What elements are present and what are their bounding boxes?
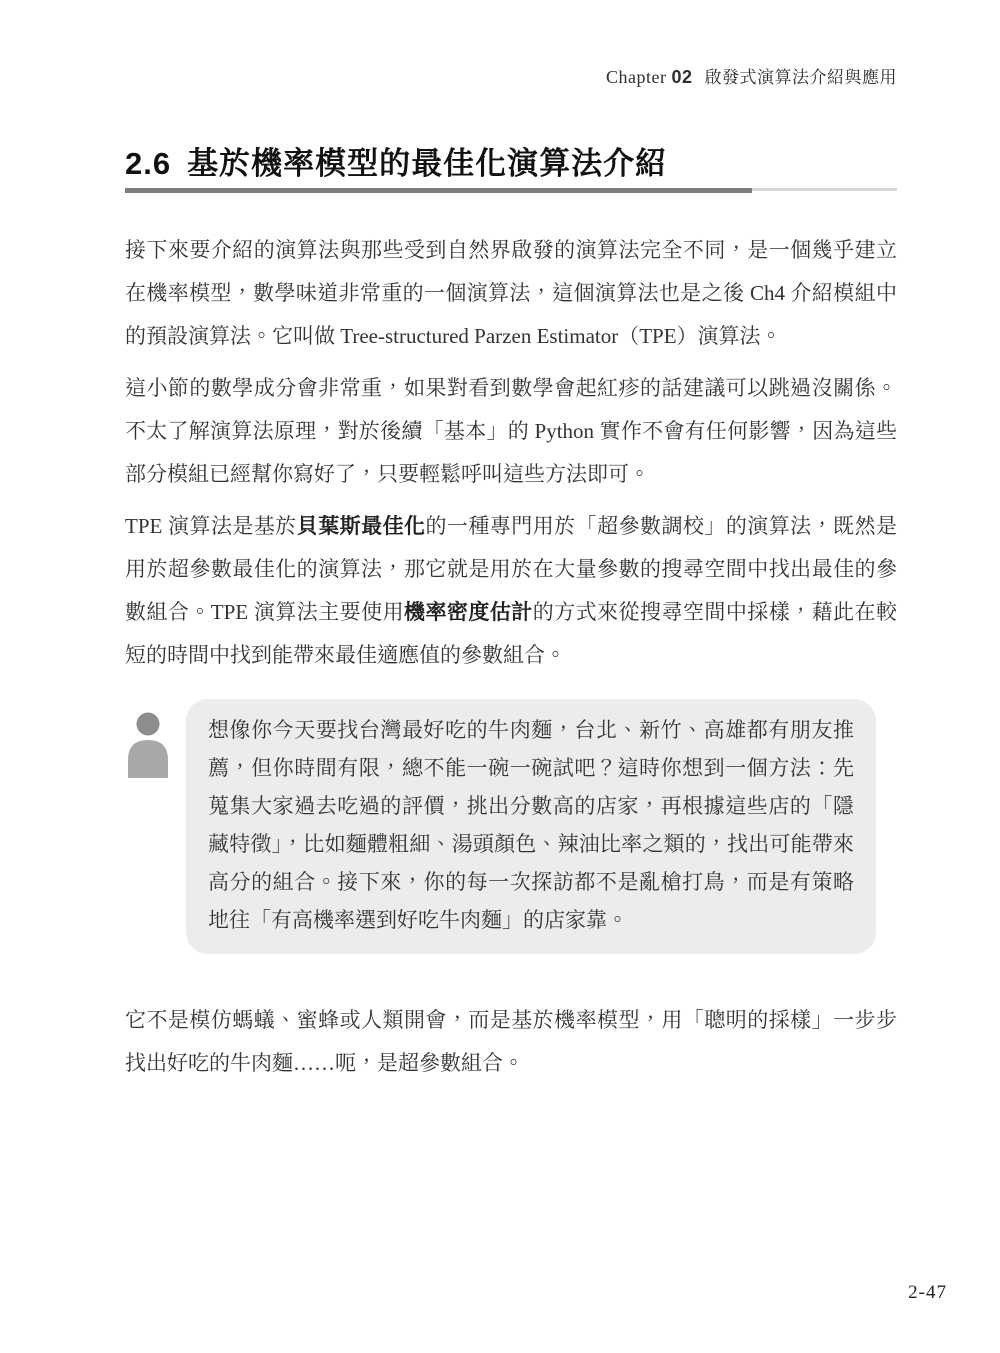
section-title: 基於機率模型的最佳化演算法介紹 xyxy=(187,146,667,181)
rule-dark-segment xyxy=(125,188,752,193)
paragraph-intro: 接下來要介紹的演算法與那些受到自然界啟發的演算法完全不同，是一個幾乎建立在機率模… xyxy=(125,229,897,358)
page-number: 2-47 xyxy=(908,1282,947,1304)
person-icon xyxy=(126,712,170,778)
paragraph-tpe-description: TPE 演算法是基於貝葉斯最佳化的一種專門用於「超參數調校」的演算法，既然是用於… xyxy=(125,505,897,677)
book-page: Chapter02啟發式演算法介紹與應用 2.6基於機率模型的最佳化演算法介紹 … xyxy=(0,0,1000,1353)
section-number: 2.6 xyxy=(125,146,171,181)
chapter-number: 02 xyxy=(671,67,692,87)
p3-bold-density: 機率密度估計 xyxy=(404,600,533,624)
chapter-label: Chapter xyxy=(606,67,666,87)
chapter-title: 啟發式演算法介紹與應用 xyxy=(705,68,898,87)
paragraph-math-warning: 這小節的數學成分會非常重，如果對看到數學會起紅疹的話建議可以跳過沒關係。不太了解… xyxy=(125,367,897,496)
p3-segment-1: TPE 演算法是基於 xyxy=(125,514,297,538)
section-heading: 2.6基於機率模型的最佳化演算法介紹 xyxy=(125,138,667,183)
rule-light-segment xyxy=(752,188,897,191)
callout-box: 想像你今天要找台灣最好吃的牛肉麵，台北、新竹、高雄都有朋友推薦，但你時間有限，總… xyxy=(186,699,876,954)
section-title-rule xyxy=(125,188,897,193)
p3-bold-bayesian: 貝葉斯最佳化 xyxy=(297,514,426,538)
paragraph-closing: 它不是模仿螞蟻、蜜蜂或人類開會，而是基於機率模型，用「聰明的採樣」一步步找出好吃… xyxy=(125,999,897,1085)
callout-text: 想像你今天要找台灣最好吃的牛肉麵，台北、新竹、高雄都有朋友推薦，但你時間有限，總… xyxy=(208,719,854,932)
running-header: Chapter02啟發式演算法介紹與應用 xyxy=(606,63,897,88)
